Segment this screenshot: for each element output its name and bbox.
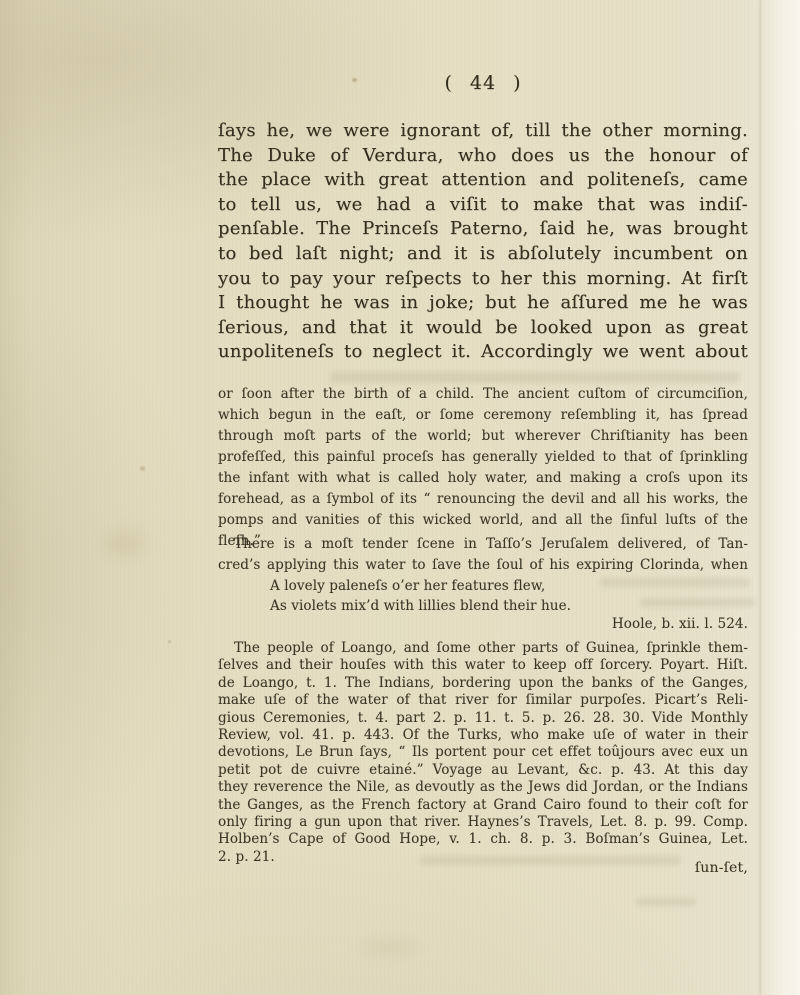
text-line: The Duke of Verdura, who does us the hon… [218,144,748,169]
text-line: gious Ceremonies, t. 4. part 2. p. 11. t… [218,710,748,727]
paper-stain [104,528,146,558]
text-line: make uſe of the water of that river for … [218,692,748,709]
paper-stain [168,640,171,643]
verso-showthrough [330,372,740,383]
text-line: Holben’s Cape of Good Hope, v. 1. ch. 8.… [218,831,748,848]
text-line: penſable. The Princeſs Paterno, ſaid he,… [218,217,748,242]
text-line: which begun in the eaſt, or ſome ceremon… [218,405,748,426]
page-edge-highlight [762,0,800,995]
text-line: forehead, as a ſymbol of its “ renouncin… [218,489,748,510]
verso-showthrough [636,898,696,906]
catchword: ſun-ſet, [695,860,748,876]
text-line: the Ganges, as the French factory at Gra… [218,797,748,814]
footnote-paragraph-1: or ſoon after the birth of a child. The … [218,384,748,552]
text-line: the infant with what is called holy wate… [218,468,748,489]
text-line: only firing a gun upon that river. Hayne… [218,814,748,831]
text-line: profeſſed, this painful proceſs has gene… [218,447,748,468]
footnote-verse-quotation: A lovely paleneſs o’er her features flew… [218,576,748,616]
text-line: I thought he was in joke; but he aſſured… [218,291,748,316]
text-line: petit pot de cuivre etainé.” Voyage au L… [218,762,748,779]
text-line: cred’s applying this water to ſave the ſ… [218,555,748,576]
text-line: de Loango, t. 1. The Indians, bordering … [218,675,748,692]
text-line: the place with great attention and polit… [218,168,748,193]
text-line: Review, vol. 41. p. 443. Of the Turks, w… [218,727,748,744]
text-line: There is a moſt tender ſcene in Taſſo’s … [218,534,748,555]
text-line: to tell us, we had a viſit to make that … [218,193,748,218]
text-line: ſerious, and that it would be looked upo… [218,316,748,341]
text-line: The people of Loango, and ſome other par… [218,640,748,657]
footnote-last-citation-line: 2. p. 21. [218,849,748,865]
paper-stain [140,466,145,471]
text-line: devotions, Le Brun ſays, “ Ils portent p… [218,744,748,761]
footnote-paragraph-2: There is a moſt tender ſcene in Taſſo’s … [218,534,748,576]
paper-stain [360,940,420,954]
text-line: A lovely paleneſs o’er her features flew… [270,576,748,596]
text-line: through moſt parts of the world; but whe… [218,426,748,447]
text-line: ſays he, we were ignorant of, till the o… [218,119,748,144]
text-line: unpoliteneſs to neglect it. Accordingly … [218,340,748,365]
text-line: ſelves and their houſes with this water … [218,657,748,674]
page-number: ( 44 ) [218,72,748,94]
text-line: As violets mix’d with lillies blend thei… [270,596,748,616]
book-page: ( 44 ) ſays he, we were ignorant of, til… [0,0,800,995]
main-text-paragraph: ſays he, we were ignorant of, till the o… [218,119,748,365]
text-line: or ſoon after the birth of a child. The … [218,384,748,405]
verse-attribution: Hoole, b. xii. l. 524. [218,616,750,632]
footnote-paragraph-3: The people of Loango, and ſome other par… [218,640,748,849]
text-line: you to pay your reſpects to her this mor… [218,267,748,292]
text-line: to bed laſt night; and it is abſolutely … [218,242,748,267]
page-edge-crease [759,0,761,995]
text-line: they reverence the Nile, as devoutly as … [218,779,748,796]
